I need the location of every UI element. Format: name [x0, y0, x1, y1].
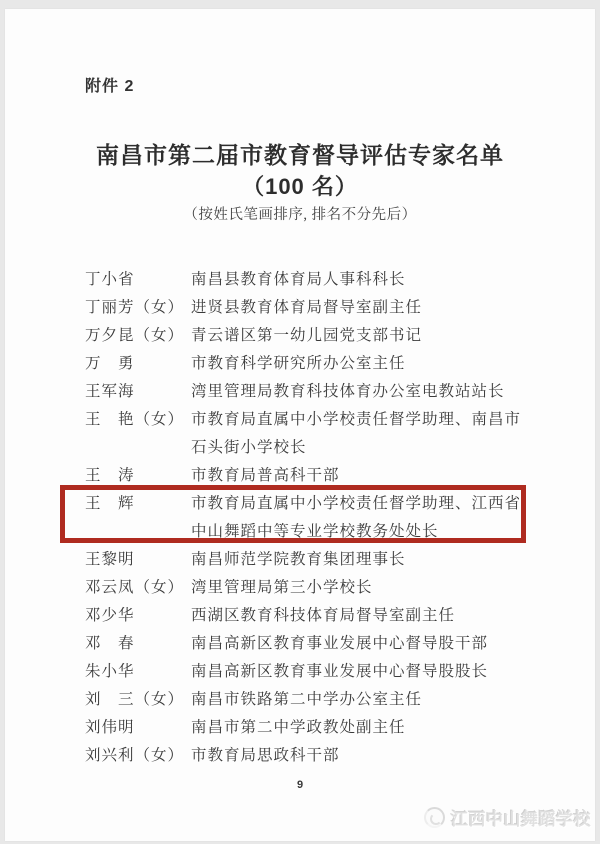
list-item: 朱小华 南昌高新区教育事业发展中心督导股股长: [85, 658, 523, 686]
expert-title: 湾里管理局教育科技体育办公室电教站站长: [191, 378, 523, 406]
list-item: 丁小省 南昌县教育体育局人事科科长: [85, 266, 523, 294]
expert-title: 南昌市铁路第二中学办公室主任: [191, 686, 523, 714]
expert-name: 邓 春: [85, 630, 191, 658]
watermark: 江西中山舞蹈学校: [424, 805, 591, 830]
expert-title: 市教育局直属中小学校责任督学助理、南昌市 石头街小学校长: [191, 406, 523, 462]
expert-name: 王 辉: [85, 490, 191, 518]
expert-name: 刘兴利（女）: [85, 742, 191, 770]
list-item: 万 勇 市教育科学研究所办公室主任: [85, 350, 523, 378]
expert-name: 刘 三（女）: [85, 686, 191, 714]
list-item: 刘伟明 南昌市第二中学政教处副主任: [85, 714, 523, 742]
expert-title: 湾里管理局第三小学校长: [191, 574, 523, 602]
list-item: 刘兴利（女） 市教育局思政科干部: [85, 742, 523, 770]
expert-title: 南昌师范学院教育集团理事长: [191, 546, 523, 574]
expert-name: 王黎明: [85, 546, 191, 574]
watermark-text: 江西中山舞蹈学校: [451, 805, 591, 830]
expert-name: 万 勇: [85, 350, 191, 378]
sorting-note: （按姓氏笔画排序, 排名不分先后）: [5, 203, 595, 224]
list-item: 王军海 湾里管理局教育科技体育办公室电教站站长: [85, 378, 523, 406]
expert-title: 青云谱区第一幼儿园党支部书记: [191, 322, 523, 350]
list-item: 邓云凤（女） 湾里管理局第三小学校长: [85, 574, 523, 602]
expert-list: 丁小省 南昌县教育体育局人事科科长 丁丽芳（女） 进贤县教育体育局督导室副主任 …: [85, 266, 523, 770]
list-item: 邓少华 西湖区教育科技体育局督导室副主任: [85, 602, 523, 630]
expert-title: 市教育局直属中小学校责任督学助理、江西省 中山舞蹈中等专业学校教务处处长: [191, 490, 523, 546]
expert-title: 南昌高新区教育事业发展中心督导股干部: [191, 630, 523, 658]
list-item: 邓 春 南昌高新区教育事业发展中心督导股干部: [85, 630, 523, 658]
expert-title: 市教育科学研究所办公室主任: [191, 350, 523, 378]
expert-title: 市教育局思政科干部: [191, 742, 523, 770]
expert-name: 邓少华: [85, 602, 191, 630]
expert-name: 万夕昆（女）: [85, 322, 191, 350]
expert-name: 王 涛: [85, 462, 191, 490]
list-item: 刘 三（女） 南昌市铁路第二中学办公室主任: [85, 686, 523, 714]
expert-title: 南昌县教育体育局人事科科长: [191, 266, 523, 294]
expert-name: 朱小华: [85, 658, 191, 686]
list-item-highlighted: 王 辉 市教育局直属中小学校责任督学助理、江西省 中山舞蹈中等专业学校教务处处长: [85, 490, 523, 546]
attachment-label: 附件 2: [85, 73, 134, 96]
school-logo-icon: [424, 807, 445, 828]
expert-name: 丁小省: [85, 266, 191, 294]
document-title: 南昌市第二届市教育督导评估专家名单: [5, 137, 595, 170]
expert-title: 西湖区教育科技体育局督导室副主任: [191, 602, 523, 630]
expert-title: 市教育局普高科干部: [191, 462, 523, 490]
expert-title: 进贤县教育体育局督导室副主任: [191, 294, 523, 322]
expert-title: 南昌市第二中学政教处副主任: [191, 714, 523, 742]
expert-name: 刘伟明: [85, 714, 191, 742]
document-page: 附件 2 南昌市第二届市教育督导评估专家名单 （100 名） （按姓氏笔画排序,…: [5, 9, 595, 841]
list-item: 万夕昆（女） 青云谱区第一幼儿园党支部书记: [85, 322, 523, 350]
list-item: 丁丽芳（女） 进贤县教育体育局督导室副主任: [85, 294, 523, 322]
list-item: 王 涛 市教育局普高科干部: [85, 462, 523, 490]
document-subtitle-count: （100 名）: [5, 170, 595, 201]
list-item: 王 艳（女） 市教育局直属中小学校责任督学助理、南昌市 石头街小学校长: [85, 406, 523, 462]
expert-title: 南昌高新区教育事业发展中心督导股股长: [191, 658, 523, 686]
expert-name: 王军海: [85, 378, 191, 406]
scanned-document: { "page": { "attachment_label": "附件 2", …: [0, 0, 600, 844]
list-item: 王黎明 南昌师范学院教育集团理事长: [85, 546, 523, 574]
expert-name: 丁丽芳（女）: [85, 294, 191, 322]
expert-name: 王 艳（女）: [85, 406, 191, 434]
page-number: 9: [5, 779, 595, 791]
expert-name: 邓云凤（女）: [85, 574, 191, 602]
